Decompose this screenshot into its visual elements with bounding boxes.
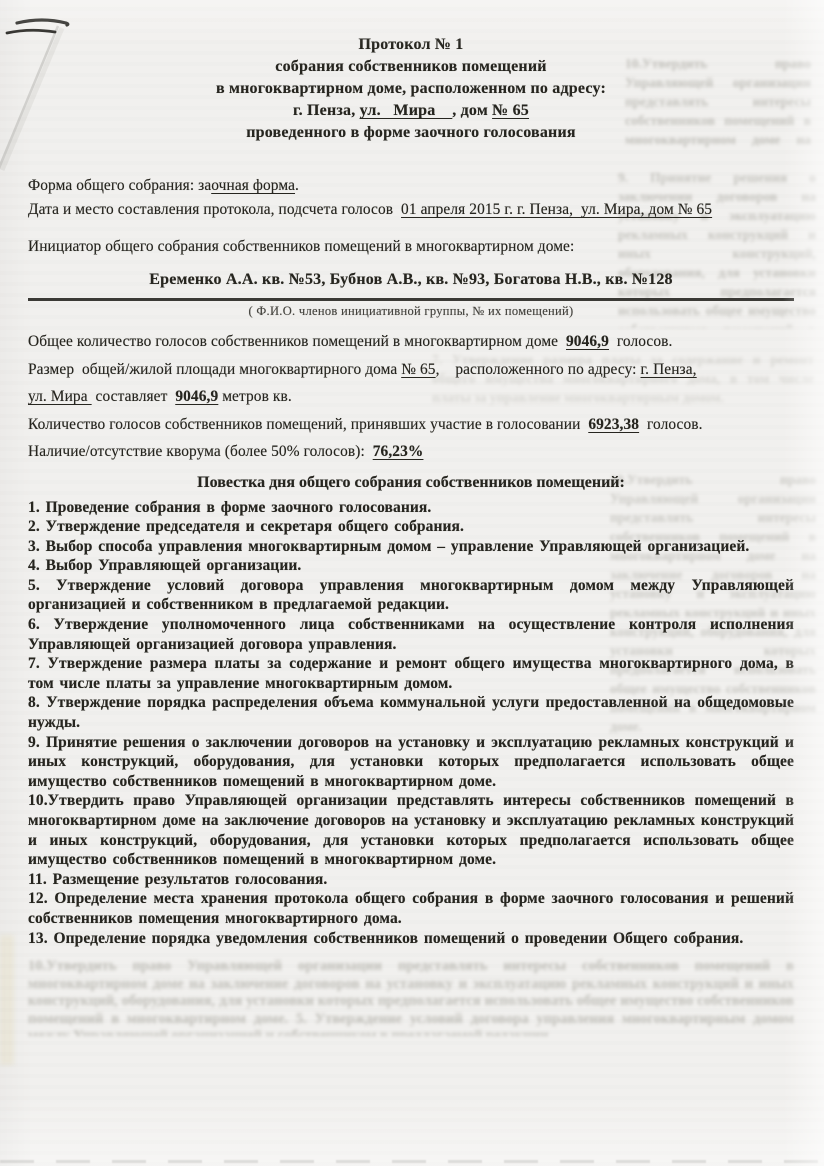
handwritten-pen-mark — [0, 0, 110, 50]
agenda-item-5: 5. Утверждение условий договора управлен… — [28, 576, 794, 615]
participation-value: 6923,38 — [588, 416, 639, 433]
meeting-form-line: Форма общего собрания: заочная форма. — [28, 174, 794, 198]
agenda-item-13: 13. Определение порядка уведомления собс… — [28, 929, 794, 949]
protocol-title-address: г. Пенза, ул. Мира , дом № 65 — [28, 100, 794, 122]
meeting-form-period: . — [295, 177, 299, 194]
area-city: г. Пенза, — [641, 361, 697, 378]
initiator-label: Инициатор общего собрания собственников … — [28, 235, 794, 259]
agenda-item-1: 1. Проведение собрания в форме заочного … — [28, 498, 794, 518]
protocol-title-line3: в многоквартирном доме, расположенном по… — [28, 78, 794, 100]
area-house-number: № 65 — [401, 361, 435, 378]
agenda-item-11: 11. Размещение результатов голосования. — [28, 870, 794, 890]
area-mid-text: , расположенного по адресу: — [436, 361, 641, 378]
document-body: Протокол № 1 собрания собственников поме… — [28, 34, 794, 1036]
agenda-item-12: 12. Определение места хранения протокола… — [28, 889, 794, 928]
agenda-item-9: 9. Принятие решения о заключении договор… — [28, 733, 794, 792]
quorum-value: 76,23% — [373, 443, 424, 460]
meeting-form-label: Форма общего собрания: за — [28, 177, 211, 194]
area-line-2: ул. Мира составляет 9046,9 метров кв. — [28, 383, 794, 411]
agenda-item-3: 3. Выбор способа управления многоквартир… — [28, 537, 794, 557]
address-house-number: № 65 — [492, 102, 529, 119]
meeting-form-value: очная форма — [211, 177, 295, 194]
area-value: 9046,9 — [175, 388, 218, 405]
agenda-item-7: 7. Утверждение размера платы за содержан… — [28, 654, 794, 693]
agenda-list: 1. Проведение собрания в форме заочного … — [28, 498, 794, 949]
quorum-line: Наличие/отсутствие кворума (более 50% го… — [28, 438, 794, 466]
bleedthrough-text-bottom: 10.Утвердить право Управляющей организац… — [28, 958, 794, 1036]
initiator-caption: ( Ф.И.О. членов инициативной группы, № и… — [28, 304, 794, 319]
scan-edge-artifact — [0, 1160, 824, 1163]
agenda-item-10: 10.Утвердить право Управляющей организац… — [28, 791, 794, 869]
signature-divider-line — [28, 298, 794, 301]
paper-discoloration — [0, 935, 14, 1065]
agenda-item-6: 6. Утверждение уполномоченного лица собс… — [28, 615, 794, 654]
total-votes-suffix: голосов. — [609, 333, 673, 350]
address-mid: , дом — [452, 102, 492, 119]
participation-line: Количество голосов собственников помещен… — [28, 411, 794, 439]
address-city: г. Пенза, — [293, 102, 360, 119]
agenda-heading: Повестка дня общего собрания собственник… — [28, 471, 794, 495]
initiator-names: Еременко А.А. кв. №53, Бубнов А.В., кв. … — [28, 271, 794, 289]
area-line-1: Размер общей/жилой площади многоквартирн… — [28, 356, 794, 384]
total-votes-line: Общее количество голосов собственников п… — [28, 328, 794, 356]
protocol-title-line2: собрания собственников помещений — [28, 56, 794, 78]
protocol-date-value: 01 апреля 2015 г. г. Пенза, ул. Мира, до… — [401, 201, 712, 218]
scanned-protocol-page: 10.Утвердить право Управляющей организац… — [0, 0, 824, 1166]
participation-suffix: голосов. — [639, 416, 703, 433]
area-street: ул. Мира — [28, 388, 92, 405]
total-votes-label: Общее количество голосов собственников п… — [28, 333, 566, 350]
area-units: метров кв. — [218, 388, 292, 405]
area-verb: составляет — [92, 388, 176, 405]
protocol-title-line1: Протокол № 1 — [28, 34, 794, 56]
agenda-item-4: 4. Выбор Управляющей организации. — [28, 556, 794, 576]
participation-label: Количество голосов собственников помещен… — [28, 416, 588, 433]
voting-stats: Общее количество голосов собственников п… — [28, 328, 794, 466]
address-street: ул. Мира — [360, 102, 453, 119]
protocol-title-line5: проведенного в форме заочного голосовани… — [28, 122, 794, 144]
area-label: Размер общей/жилой площади многоквартирн… — [28, 361, 401, 378]
protocol-date-line: Дата и место составления протокола, подс… — [28, 198, 794, 222]
agenda-item-2: 2. Утверждение председателя и секретаря … — [28, 517, 794, 537]
agenda-item-8: 8. Утверждение порядка распределения объ… — [28, 693, 794, 732]
protocol-date-label: Дата и место составления протокола, подс… — [28, 201, 401, 218]
quorum-label: Наличие/отсутствие кворума (более 50% го… — [28, 443, 373, 460]
total-votes-value: 9046,9 — [566, 333, 609, 350]
